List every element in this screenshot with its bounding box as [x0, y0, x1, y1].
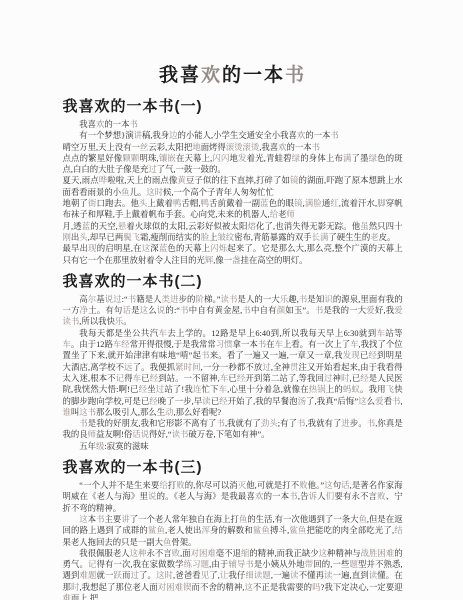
text-run: 拿一本 [233, 340, 258, 349]
text-run: 把能吃的肉全部吃光了, [306, 526, 394, 535]
highlighted-char: 头 [79, 233, 87, 242]
text-run: 月,透 [63, 222, 82, 231]
highlighted-char: 辉 [205, 256, 213, 265]
highlighted-char: 颜 [277, 306, 286, 315]
highlighted-char: 书 [201, 351, 210, 360]
text-run: 色的眼 [269, 199, 294, 208]
highlighted-char: 鱼 [359, 515, 367, 524]
highlighted-char: 见 [201, 571, 210, 580]
highlighted-char: 难 [63, 594, 71, 600]
highlighted-char: 细读题 [245, 571, 270, 580]
text-run: 了一个老人常年独自在海上打 [130, 515, 239, 524]
text-run: 那么吸引人,那么生 [96, 408, 165, 417]
highlighted-char: 经 [139, 385, 148, 394]
text-run: 中自有黄金屋, [189, 306, 242, 315]
highlighted-char: 绿 [292, 154, 301, 163]
highlighted-char: 经 [149, 397, 157, 406]
highlighted-char: 对困难 [191, 549, 216, 558]
text-run: 而不舍的精神, [192, 583, 245, 592]
highlighted-char: 车 [219, 385, 228, 394]
text-run: ,流着汗水, [339, 199, 377, 208]
paragraph: 地朝了街口跑去。他头上戴着鸭舌帽,鸭舌前戴着一副蓝色的眼镜,满脸通红,流着汗水,… [63, 198, 403, 221]
highlighted-char: 贯 [290, 363, 299, 372]
paragraph: 书是我的好朋友,我和它形影不离有了书,我就有了劲头;有了书,我就有了进步。书,你… [63, 418, 403, 441]
highlighted-char: 阶 [196, 295, 204, 304]
text-run: 好,我 [375, 306, 394, 315]
text-run: 如玉”。 [285, 306, 315, 315]
text-run: 他,可就是打不 [246, 481, 299, 490]
highlighted-char: 练习题 [184, 560, 209, 569]
text-run: 在天幕上, [176, 154, 212, 163]
text-run: 了。我便抓 [133, 363, 175, 372]
text-run: ,我想起了那位老人面 [79, 583, 157, 592]
highlighted-char: 诉 [309, 492, 318, 501]
text-run: 的:“ [165, 306, 180, 315]
text-run: 了墨 [352, 154, 369, 163]
highlighted-char: 败 [176, 481, 184, 490]
highlighted-char: 鱼 [121, 188, 129, 197]
paragraph: 月,透蓝的天空,悬着火球似的太阳,云彩好似被太阳熔化了,也消失得无影无踪。他虽然… [63, 221, 403, 244]
text-run: 搏斗, [270, 526, 289, 535]
text-run: 已 [211, 397, 219, 406]
highlighted-char: 话 [341, 481, 349, 490]
text-run: 云彩,太阳把 [148, 143, 192, 152]
text-run: ,一遍 [271, 571, 290, 580]
highlighted-char: 浑 [202, 526, 211, 535]
document-page: 我喜欢的一本书 我喜欢的一本书(一)我喜欢的一本书有一个梦想}演讲稿,我身边的小… [61, 0, 403, 600]
text-run: 开到第二站了,等我回 [245, 374, 324, 383]
text-run: “一个人并不是生来要 [79, 481, 159, 490]
text-run: 而 [122, 571, 131, 580]
text-run: 是人的一大 [237, 295, 279, 304]
text-run: ;有了 [278, 419, 297, 428]
text-run: 了, [209, 571, 220, 580]
text-run: 上戴着 [147, 199, 172, 208]
highlighted-char: 经 [150, 374, 159, 383]
text-run: 破万卷,下笔如有神”。 [188, 430, 269, 439]
text-run: 色的天幕上 [167, 244, 210, 253]
highlighted-char: 对困难锲 [158, 583, 192, 592]
highlighted-char: 读 [290, 571, 299, 580]
highlighted-char: 书 [130, 120, 138, 129]
text-run: 化了,也消失得无影无踪。他 [256, 222, 360, 231]
text-run: 是小姨从外地 [254, 560, 305, 569]
text-run: 种精神与 [327, 549, 361, 558]
text-run: 地朝了 [63, 199, 88, 208]
paragraph: 点点的繁星好像颗颗明珠,镶嵌在天幕上,闪闪地发着光,青蛙碧绿的身体上布满了墨绿色… [63, 153, 403, 176]
highlighted-char: 败 [172, 549, 180, 558]
highlighted-char: 鲨鱼 [148, 526, 165, 535]
text-run: 口跑去。他 [96, 199, 138, 208]
paragraph: 晴空万里,天上没有一丝云彩,太阳把地面烤得滚烫滚烫,我喜欢的一本书 [63, 142, 403, 153]
text-run: 就一 [97, 571, 114, 580]
text-run: 到站。一不留神, [158, 374, 220, 383]
text-run: 我喜 [79, 120, 96, 129]
highlighted-char: 读书 [220, 295, 237, 304]
text-run: 着火球似的太阳,云彩好似被太阳 [126, 222, 247, 231]
paragraph: 我每天都是坐公共汽车去上学的。12路是早上6:40到,所以我每天早上6:30就到… [63, 328, 403, 418]
highlighted-char: 发现 [343, 351, 360, 360]
text-run: 我很佩服老人 [79, 549, 129, 558]
highlighted-char: 鸭 [201, 199, 210, 208]
text-run: 是我的好朋友,我和它形影不离有了 [88, 419, 217, 428]
text-run: 去上学的。12路是早上6:40到,所以我每天早上6:30就到 [167, 329, 376, 338]
text-run: 主要 [105, 515, 122, 524]
highlighted-char: 给 [159, 481, 167, 490]
highlighted-char: 闪烁 [210, 244, 227, 253]
highlighted-char: 蚂蚁 [343, 385, 360, 394]
highlighted-char: 这 [244, 583, 253, 592]
text-run: 的一本 [305, 131, 330, 140]
highlighted-char: 边 [169, 131, 177, 140]
text-run: ,由于 [209, 560, 228, 569]
text-run: 的小能人,小学生交通安全小我喜 [178, 131, 297, 140]
highlighted-char: 劲头 [261, 419, 278, 428]
text-run: 步的 [179, 295, 196, 304]
highlighted-char: 刚 [63, 233, 71, 242]
highlighted-char: 过 [262, 363, 271, 372]
highlighted-char: 欢 [297, 131, 305, 140]
highlighted-char: 车经 [113, 340, 130, 349]
text-run: 而上,把 [71, 594, 98, 600]
highlighted-char: 镶嵌 [159, 154, 176, 163]
highlighted-char: 乐 [280, 295, 288, 304]
highlighted-char: 书 [128, 295, 137, 304]
text-run: , [401, 397, 403, 406]
text-run: ,所以我快 [79, 317, 115, 326]
highlighted-char: 过 [131, 571, 140, 580]
text-run: 站了!我 [164, 385, 193, 394]
highlighted-char: 经 [360, 374, 369, 383]
paragraph: 这本书主要讲了一个老人常年独自在海上打鱼的生活,有一次他遇到了一条大鱼,但是在返… [63, 514, 403, 548]
document-title: 我喜欢的一本书 [63, 60, 403, 87]
highlighted-char: 书 [242, 306, 251, 315]
highlighted-char: 识 [324, 295, 332, 304]
text-run: 籍是人 [136, 295, 161, 304]
text-run: 的一本 [264, 492, 290, 501]
text-run: 得 [124, 374, 133, 383]
highlighted-char: 镜 [290, 176, 299, 185]
highlighted-char: 汤 [298, 397, 306, 406]
highlighted-char: 红 [330, 199, 339, 208]
text-run: 皮。 [379, 233, 396, 242]
text-run: 是我的一大 [323, 306, 366, 315]
text-run: 了硬生生的 [328, 233, 370, 242]
text-run: ?我下定决心,一定要迎 [321, 583, 403, 592]
text-run: 的一本 [287, 143, 312, 152]
text-run: 身的解数和 [210, 526, 253, 535]
text-run: 的精神,而我正缺少 [249, 549, 318, 558]
text-run: 上看。有一次上了 [283, 340, 350, 349]
highlighted-char: 给 [270, 210, 278, 219]
text-run: 霜,瘦削而结实的 [140, 233, 201, 242]
highlighted-char: 欢 [255, 492, 264, 501]
highlighted-char: 乐 [115, 317, 123, 326]
highlighted-char: 长满 [312, 233, 329, 242]
highlighted-char: 鲨鱼 [289, 526, 306, 535]
text-run: 。我用 [360, 385, 386, 394]
highlighted-char: 说 [148, 492, 157, 501]
text-run: 常开得很慢,于是我常常 [130, 340, 216, 349]
highlighted-char: 这 [358, 397, 367, 406]
text-run: 五年 [79, 442, 96, 451]
text-run: ,却早已两 [88, 233, 124, 242]
text-run: 夏天,雨点 [63, 176, 99, 185]
highlighted-char: 读 [324, 571, 333, 580]
highlighted-char: 师 [287, 210, 295, 219]
text-run: 的身体上布 [300, 154, 343, 163]
text-run: 叫 [71, 408, 79, 417]
text-run: 中自有 [251, 306, 277, 315]
text-run: 步。 [350, 419, 367, 428]
highlighted-char: 脚 [377, 199, 386, 208]
highlighted-char: 败 [299, 481, 307, 490]
highlighted-char: 话说 [132, 430, 149, 439]
highlighted-char: 书 [367, 419, 375, 428]
text-run: 他。” [308, 481, 324, 490]
text-run: ,一分一秒都不放 [201, 363, 263, 372]
highlighted-char: 闪闪 [212, 154, 229, 163]
text-run: 着光,青蛙碧 [247, 154, 292, 163]
text-run: 我仔 [228, 571, 245, 580]
text-run: ,告 [298, 492, 309, 501]
highlighted-char: 虽 [360, 222, 369, 231]
paragraph: 最早出现的启明星,在这深蓝色的天幕上闪烁起来了。它是那么大,那么亮,整个广漠的天… [63, 243, 403, 266]
text-run: 得有一次,我在家做数学 [96, 560, 183, 569]
highlighted-char: 题 [349, 560, 358, 569]
text-run: 了,我真“后悔” [306, 397, 358, 406]
highlighted-char: 类进 [162, 295, 179, 304]
text-run: 土。有句 [88, 306, 122, 315]
text-run: 候,一个高个子青年人匆匆忙忙 [163, 188, 274, 197]
highlighted-char: 书 [79, 419, 87, 428]
text-run: 益友啊!俗 [96, 430, 132, 439]
text-run: ,心里十分着急,就像在 [227, 385, 309, 394]
highlighted-char: 飞 [386, 385, 395, 394]
text-run: 骨架。 [171, 538, 196, 547]
text-run: 晚了一步,早 [158, 397, 203, 406]
text-run: 晴空万里,天上没有一 [63, 143, 140, 152]
highlighted-char: 灭 [238, 481, 246, 490]
text-run: ,那么好看呢? [173, 408, 221, 417]
highlighted-char: 辅导书 [228, 560, 253, 569]
text-run: 在 [266, 340, 274, 349]
text-run: 坐 [147, 385, 156, 394]
highlighted-char: 习惯 [216, 340, 233, 349]
highlighted-char: 书 [289, 492, 298, 501]
text-run: 已 [228, 374, 237, 383]
highlighted-char: 脸 [201, 233, 209, 242]
text-run: 。由于12路 [71, 340, 113, 349]
text-run: 一遍,直到 [333, 571, 369, 580]
text-run: 上的 [326, 385, 343, 394]
text-run: ,我喜 [259, 143, 278, 152]
highlighted-char: 车 [63, 340, 71, 349]
highlighted-char: 过 [324, 374, 333, 383]
highlighted-char: 经 [219, 397, 227, 406]
text-run: 面烤得 [201, 143, 226, 152]
highlighted-char: 欢 [278, 143, 286, 152]
paragraph: 夏天,雨点哗啦啦,天上的雨点像黄豆子似的往下直摔,打碎了如镜的湖面,吓跑了原本想… [63, 175, 403, 198]
paragraph: 高尔基说过:“书籍是人类进步的阶梯。”读书是人的一大乐趣,书是知识的源泉,里面有… [63, 294, 403, 328]
highlighted-char: 紧时间 [175, 363, 200, 372]
text-run: 的一本 [104, 120, 129, 129]
highlighted-char: 经 [368, 351, 377, 360]
highlighted-char: 讲 [134, 131, 142, 140]
highlighted-char: 镜 [294, 199, 303, 208]
highlighted-char: 书 [297, 419, 305, 428]
highlighted-char: 颗颗 [122, 154, 139, 163]
highlighted-char: 记 [116, 374, 125, 383]
text-run: ,面 [180, 549, 191, 558]
text-run: 的启明星,在 [97, 244, 142, 253]
highlighted-char: 爱 [366, 306, 375, 315]
text-run: 老 [278, 210, 286, 219]
highlighted-char: 这时 [156, 571, 173, 580]
text-run: 明珠, [139, 154, 158, 163]
text-run: 的生活,有一次他遇到了一条大 [247, 515, 358, 524]
highlighted-char: 这 [324, 481, 333, 490]
text-run: :寂寞的滋味 [104, 442, 148, 451]
highlighted-char: 书 [330, 131, 338, 140]
highlighted-char: 蓝 [82, 222, 91, 231]
highlighted-char: 黄 [177, 176, 186, 185]
highlighted-char: 满脸 [305, 199, 322, 208]
highlighted-char: 满 [343, 154, 352, 163]
text-run: 深 [150, 244, 159, 253]
text-run: 本 [88, 515, 96, 524]
text-run: ,像一 [213, 256, 232, 265]
highlighted-char: 爱 [375, 397, 383, 406]
highlighted-char: 车 [133, 374, 142, 383]
text-run: 神 [333, 374, 342, 383]
text-run: 有一个梦想}演 [79, 131, 133, 140]
highlighted-char: 这 [79, 515, 87, 524]
highlighted-char: 地 [192, 143, 200, 152]
text-run: 挂在高空的明灯。 [240, 256, 307, 265]
highlighted-char: 过 [148, 165, 156, 174]
text-run: 打 [168, 481, 176, 490]
highlighted-char: 车 [350, 340, 358, 349]
text-run: 高 [79, 295, 87, 304]
highlighted-char: 书 [392, 397, 400, 406]
text-run: ,全神 [271, 363, 290, 372]
text-run: 已 [141, 374, 150, 383]
highlighted-char: 绿 [369, 154, 378, 163]
highlighted-char: 带 [305, 560, 314, 569]
highlighted-char: 败 [377, 492, 386, 501]
highlighted-char: 时 [341, 374, 350, 383]
highlighted-char: 书 [180, 306, 189, 315]
text-run: 得好,“ [149, 430, 172, 439]
highlighted-char: 战胜困难 [361, 549, 395, 558]
text-run: 的。《老人与海》是我最喜 [157, 492, 255, 501]
highlighted-char: 尔 [88, 295, 96, 304]
paragraph: 五年级:寂寞的滋味 [63, 441, 403, 452]
text-run: 看 [384, 397, 392, 406]
highlighted-char: 哗 [99, 176, 108, 185]
text-run: ,老人使出 [165, 526, 201, 535]
highlighted-char: 说过 [105, 295, 122, 304]
text-run: 豆子似的往下直摔,打碎了如 [186, 176, 290, 185]
text-run: ,已 [350, 374, 361, 383]
text-run: 我喜 [159, 65, 201, 86]
highlighted-char: 这 [140, 306, 149, 315]
text-run: 不正是我需要的 [253, 583, 312, 592]
highlighted-char: 这 [319, 549, 327, 558]
highlighted-char: 皱纹 [217, 233, 234, 242]
text-run: 人 [317, 492, 326, 501]
text-run: ,我就有了 [225, 419, 261, 428]
text-run: 回的,一些 [313, 560, 349, 569]
highlighted-char: 话 [122, 306, 131, 315]
highlighted-char: 鬓飞 [123, 233, 140, 242]
text-run: 啦啦,天上的雨点像 [107, 176, 177, 185]
highlighted-char: 谁 [63, 408, 71, 417]
text-run: 舌帽, [181, 199, 200, 208]
text-run: 是知 [307, 295, 324, 304]
text-run: 最早出 [63, 244, 89, 253]
text-run: 了。 [139, 571, 156, 580]
text-run: 儿。 [130, 188, 147, 197]
text-run: 忙下 [202, 385, 219, 394]
text-run: 站等 [385, 329, 402, 338]
highlighted-char: 滚烫滚烫 [226, 143, 260, 152]
highlighted-char: 书 [217, 419, 225, 428]
highlighted-char: 鲨鱼 [253, 526, 270, 535]
highlighted-char: 欢 [201, 65, 222, 86]
highlighted-char: 书 [285, 65, 306, 86]
highlighted-char: 熔 [248, 222, 257, 231]
text-run: 要有永不言 [334, 492, 377, 501]
section-heading-2: 我喜欢的一本书(二) [63, 270, 403, 291]
paragraph: “一个人并不是生来要给打败的,你尽可以消灭他,可就是打不败他。”这句话,是著名作… [63, 480, 403, 514]
sections-container: 我喜欢的一本书(一)我喜欢的一本书有一个梦想}演讲稿,我身边的小能人,小学生交通… [63, 95, 403, 600]
highlighted-char: 师 [88, 430, 96, 439]
highlighted-char: 老 [370, 233, 378, 242]
text-run: 么 [367, 397, 375, 406]
text-run: 出 [71, 233, 79, 242]
section-heading-1: 我喜欢的一本书(一) [63, 95, 403, 116]
highlighted-char: 鱼 [239, 515, 247, 524]
text-run: 了气,一鼓一鼓的。 [157, 165, 226, 174]
highlighted-char: 这时 [146, 188, 163, 197]
text-run: 稿,我身 [142, 131, 169, 140]
text-run: 基 [96, 295, 104, 304]
highlighted-char: 讲 [121, 515, 129, 524]
text-run: 永不言 [146, 549, 171, 558]
text-run: 毫不退 [216, 549, 241, 558]
text-run: 然只四十 [369, 222, 403, 231]
text-run: 舌前戴着一副 [209, 199, 260, 208]
text-run: 来。看了一遍又一遍,一章又一章,我 [210, 351, 343, 360]
highlighted-char: 这书 [79, 408, 96, 417]
text-run: 不懂再 [299, 571, 324, 580]
text-run: 的天空, [90, 222, 118, 231]
highlighted-char: 进 [341, 419, 349, 428]
highlighted-char: 蓝 [260, 199, 269, 208]
highlighted-char: 难题 [80, 571, 97, 580]
highlighted-char: 现 [88, 244, 97, 253]
text-run: 点点的繁星好像 [63, 154, 123, 163]
text-run: ,我就有了 [306, 419, 342, 428]
text-run: 句 [333, 481, 341, 490]
text-run: 的,你尽可以消 [185, 481, 238, 490]
text-run: 我每天都是坐公共汽 [79, 329, 158, 338]
highlighted-char: 远 [124, 363, 133, 372]
section-heading-3: 我喜欢的一本书(三) [63, 456, 403, 477]
text-run: 的一本 [222, 65, 285, 86]
